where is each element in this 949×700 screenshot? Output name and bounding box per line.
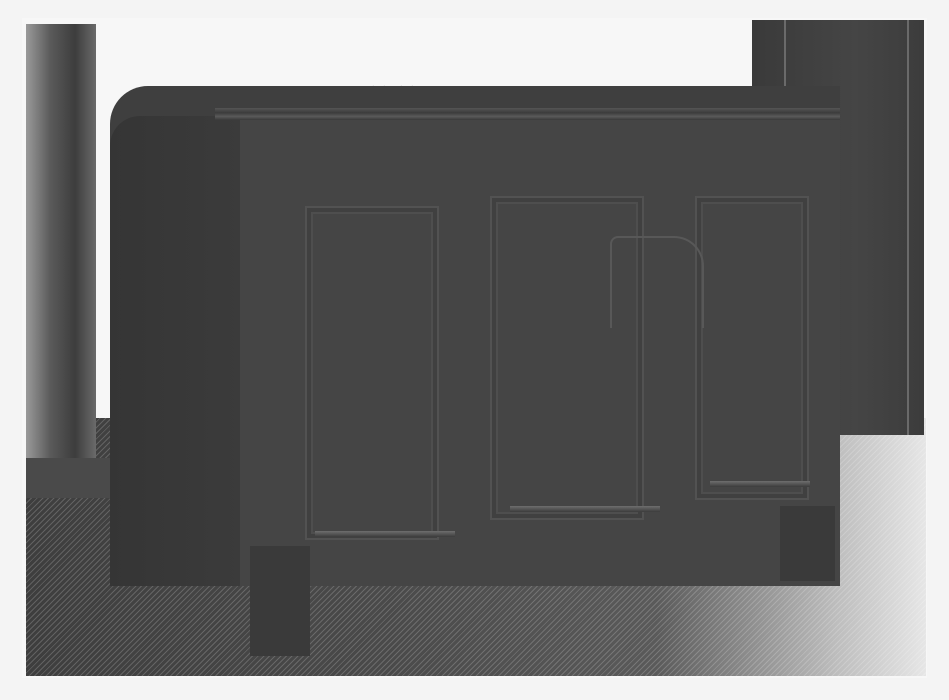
chest-leg: [250, 546, 310, 656]
chest-side: [110, 116, 240, 586]
chest-leg: [780, 506, 835, 581]
chest-rail: [315, 531, 455, 537]
photograph: ⸙⸙ ⸙⸙: [22, 18, 927, 678]
chest: [110, 86, 840, 646]
chest-lid-moulding: [215, 108, 840, 120]
column-base: [26, 458, 121, 498]
chest-rail: [710, 481, 810, 487]
chest-panel-left: [305, 206, 439, 540]
wall-groove: [907, 20, 909, 435]
chest-panel-right: [695, 196, 809, 500]
chest-rail: [510, 506, 660, 512]
chest-arch-carving: [610, 236, 704, 328]
column: [26, 24, 96, 484]
